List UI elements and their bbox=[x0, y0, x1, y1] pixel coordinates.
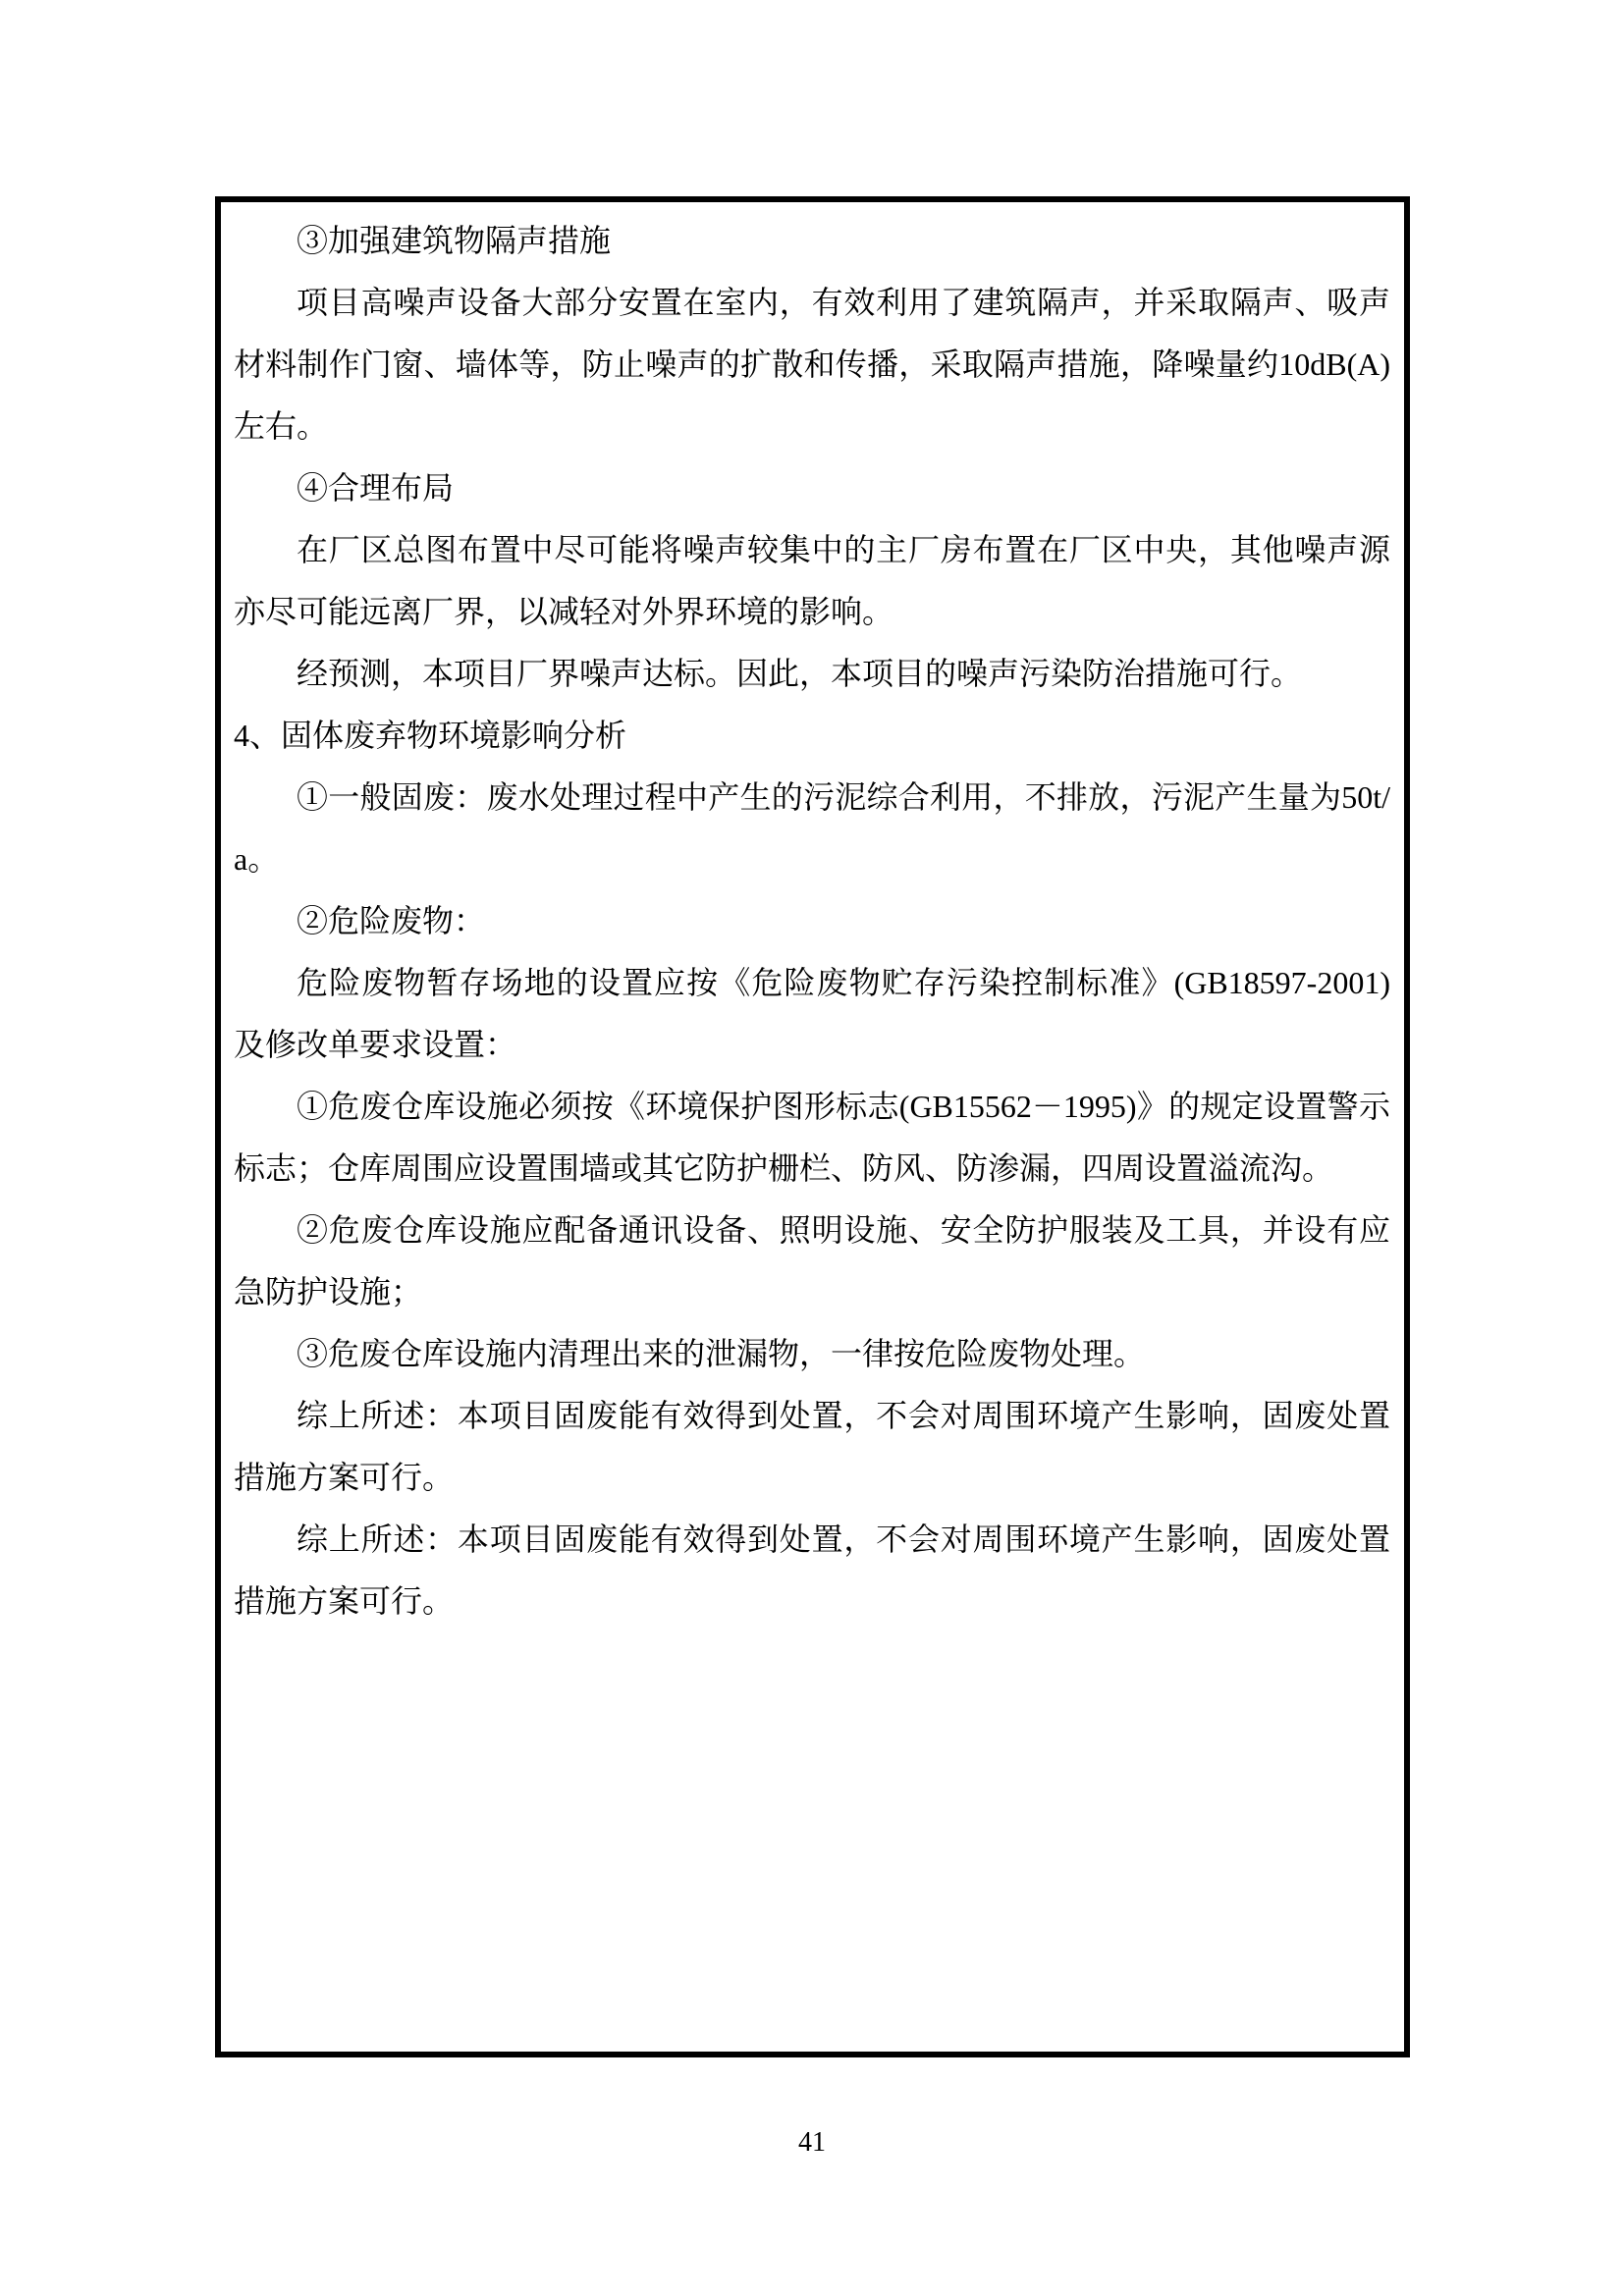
page-number: 41 bbox=[0, 2125, 1624, 2161]
paragraph-warehouse-requirement-3: ③危废仓库设施内清理出来的泄漏物，一律按危险废物处理。 bbox=[234, 1323, 1390, 1385]
paragraph-layout-body: 在厂区总图布置中尽可能将噪声较集中的主厂房布置在厂区中央，其他噪声源亦尽可能远离… bbox=[234, 519, 1390, 643]
content-border-box: ③加强建筑物隔声措施 项目高噪声设备大部分安置在室内，有效利用了建筑隔声，并采取… bbox=[215, 196, 1410, 2057]
paragraph-summary-2: 综上所述：本项目固废能有效得到处置，不会对周围环境产生影响，固废处置措施方案可行… bbox=[234, 1509, 1390, 1632]
paragraph-hazardous-storage-standard: 危险废物暂存场地的设置应按《危险废物贮存污染控制标准》(GB18597-2001… bbox=[234, 952, 1390, 1076]
paragraph-warehouse-requirement-1: ①危废仓库设施必须按《环境保护图形标志(GB15562－1995)》的规定设置警… bbox=[234, 1076, 1390, 1200]
paragraph-hazardous-waste-heading: ②危险废物： bbox=[234, 890, 1390, 952]
paragraph-layout-heading: ④合理布局 bbox=[234, 457, 1390, 519]
paragraph-noise-insulation-body: 项目高噪声设备大部分安置在室内，有效利用了建筑隔声，并采取隔声、吸声材料制作门窗… bbox=[234, 272, 1390, 457]
section-heading-solid-waste: 4、固体废弃物环境影响分析 bbox=[234, 705, 1390, 767]
paragraph-general-solid-waste: ①一般固废：废水处理过程中产生的污泥综合利用，不排放，污泥产生量为50t/a。 bbox=[234, 767, 1390, 890]
paragraph-warehouse-requirement-2: ②危废仓库设施应配备通讯设备、照明设施、安全防护服装及工具，并设有应急防护设施； bbox=[234, 1200, 1390, 1323]
paragraph-summary-1: 综上所述：本项目固废能有效得到处置，不会对周围环境产生影响，固废处置措施方案可行… bbox=[234, 1385, 1390, 1509]
paragraph-noise-conclusion: 经预测，本项目厂界噪声达标。因此，本项目的噪声污染防治措施可行。 bbox=[234, 643, 1390, 705]
paragraph-noise-insulation-heading: ③加强建筑物隔声措施 bbox=[234, 210, 1390, 272]
